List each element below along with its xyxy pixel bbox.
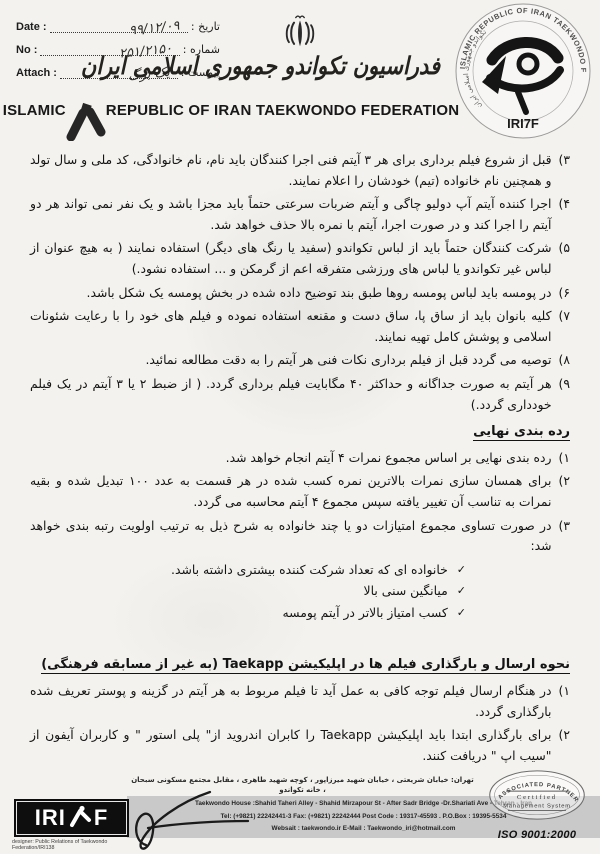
- item-text: توصیه می گردد قبل از فیلم برداری نکات فن…: [30, 350, 552, 371]
- item-number: ۹): [559, 374, 571, 415]
- list-item-3: ۳) قبل از شروع فیلم برداری برای هر ۳ آیت…: [30, 150, 570, 191]
- badge-certified-text: Certified: [517, 794, 557, 801]
- section-heading-text: رده بندی نهایی: [473, 424, 570, 441]
- scanned-letter-page: Date : ۹۹/۱۲/۰۹ تاریخ : No : ۲۵۱/۲۱۵۰ شم…: [0, 0, 600, 854]
- item-text: هر آیتم به صورت جداگانه و حداکثر ۴۰ مگاب…: [30, 374, 552, 415]
- ranking-item-2: ۲) برای همسان سازی نمرات بالاترین نمره ک…: [30, 471, 570, 512]
- checkmark-icon: ✓: [457, 560, 466, 581]
- checkmark-icon: ✓: [457, 603, 466, 624]
- item-text: کلیه بانوان باید از ساق پا، ساق دست و مق…: [30, 306, 552, 347]
- handwritten-signature: [118, 790, 250, 854]
- section-heading-final-ranking: رده بندی نهایی: [30, 422, 570, 443]
- list-item-8: ۸) توصیه می گردد قبل از فیلم برداری نکات…: [30, 350, 570, 371]
- item-text: برای همسان سازی نمرات بالاترین نمره کسب …: [30, 471, 552, 512]
- iri7f-footer-logo: IRI F: [14, 799, 129, 837]
- item-number: ۳): [559, 516, 571, 557]
- list-item-6: ۶) در پومسه باید لباس پومسه روها طبق بند…: [30, 283, 570, 304]
- item-text: در پومسه باید لباس پومسه روها طبق بند تو…: [30, 283, 552, 304]
- item-number: ۷): [559, 306, 571, 347]
- item-text: قبل از شروع فیلم برداری برای هر ۳ آیتم ف…: [30, 150, 552, 191]
- section-heading-text: نحوه ارسال و بارگذاری فیلم ها در اپلیکیش…: [41, 657, 570, 674]
- logo-letters-iri: IRI: [35, 805, 66, 831]
- spacer: [30, 624, 570, 648]
- federation-name-calligraphy-fa: فدراسیون تکواندو جمهوری اسلامی ایران: [160, 52, 440, 80]
- item-number: ۸): [559, 350, 571, 371]
- tiebreak-check-1: ✓ خانواده ای که تعداد شرکت کننده بیشتری …: [30, 560, 570, 581]
- list-item-9: ۹) هر آیتم به صورت جداگانه و حداکثر ۴۰ م…: [30, 374, 570, 415]
- iso-certification-text: ISO 9001:2000: [484, 829, 590, 841]
- item-number: ۶): [559, 283, 571, 304]
- item-number: ۱): [559, 448, 571, 469]
- checkmark-icon: ✓: [457, 581, 466, 602]
- item-text: برای بارگذاری ابتدا باید اپلیکیشن Taekap…: [30, 725, 552, 766]
- item-text: شرکت کنندگان حتماً باید از لباس تکواندو …: [30, 238, 552, 279]
- check-text: خانواده ای که تعداد شرکت کننده بیشتری دا…: [171, 560, 448, 581]
- item-number: ۵): [559, 238, 571, 279]
- list-item-5: ۵) شرکت کنندگان حتماً باید از لباس تکوان…: [30, 238, 570, 279]
- list-item-7: ۷) کلیه بانوان باید از ساق پا، ساق دست و…: [30, 306, 570, 347]
- upload-item-1: ۱) در هنگام ارسال فیلم توجه کافی به عمل …: [30, 681, 570, 722]
- upload-item-2: ۲) برای بارگذاری ابتدا باید اپلیکیشن Tae…: [30, 725, 570, 766]
- taekwondo-kick-figure-icon: [63, 99, 109, 141]
- item-text: در هنگام ارسال فیلم توجه کافی به عمل آید…: [30, 681, 552, 722]
- associated-partners-badge-icon: ASSOCIATED PARTNERS Certified Management…: [485, 768, 589, 822]
- item-text: رده بندی نهایی بر اساس مجموع نمرات ۴ آیت…: [30, 448, 552, 469]
- federation-seal: ISLAMIC REPUBLIC OF IRAN TAEKWONDO FEDER…: [452, 0, 594, 146]
- item-text: اجرا کننده آیتم آپ دولیو چاگی و آیتم ضرب…: [30, 194, 552, 235]
- list-item-4: ۴) اجرا کننده آیتم آپ دولیو چاگی و آیتم …: [30, 194, 570, 235]
- number-label-en: No :: [16, 44, 37, 56]
- federation-title-en: ISLAMIC REPUBLIC OF IRAN TAEKWONDO FEDER…: [0, 99, 462, 121]
- item-number: ۱): [559, 681, 571, 722]
- ranking-item-3: ۳) در صورت تساوی مجموع امتیازات دو یا چن…: [30, 516, 570, 557]
- check-text: میانگین سنی بالا: [364, 581, 448, 602]
- certification-badge: ASSOCIATED PARTNERS Certified Management…: [484, 768, 590, 841]
- title-part-1: ISLAMIC: [3, 102, 66, 119]
- item-text: در صورت تساوی مجموع امتیازات دو یا چند خ…: [30, 516, 552, 557]
- badge-system-text: Management System: [503, 804, 571, 810]
- item-number: ۳): [559, 150, 571, 191]
- attachment-label-en: Attach :: [16, 67, 57, 79]
- letter-body: ۳) قبل از شروع فیلم برداری برای هر ۳ آیت…: [30, 150, 570, 769]
- tiebreak-check-3: ✓ کسب امتیاز بالاتر در آیتم پومسه: [30, 603, 570, 624]
- item-number: ۴): [559, 194, 571, 235]
- letterhead-center: فدراسیون تکواندو جمهوری اسلامی ایران: [160, 12, 440, 78]
- logo-kick-figure-icon: [68, 805, 92, 831]
- seal-acronym: IRI7F: [507, 116, 539, 131]
- date-label-en: Date :: [16, 21, 47, 33]
- title-part-2: REPUBLIC OF IRAN TAEKWONDO FEDERATION: [106, 102, 460, 119]
- tiebreak-check-2: ✓ میانگین سنی بالا: [30, 581, 570, 602]
- check-text: کسب امتیاز بالاتر در آیتم پومسه: [283, 603, 448, 624]
- ranking-item-1: ۱) رده بندی نهایی بر اساس مجموع نمرات ۴ …: [30, 448, 570, 469]
- iran-emblem-icon: [283, 12, 317, 52]
- item-number: ۲): [559, 725, 571, 766]
- item-number: ۲): [559, 471, 571, 512]
- section-heading-upload: نحوه ارسال و بارگذاری فیلم ها در اپلیکیش…: [30, 655, 570, 676]
- federation-seal-icon: ISLAMIC REPUBLIC OF IRAN TAEKWONDO FEDER…: [452, 0, 594, 142]
- logo-letter-f: F: [94, 805, 108, 831]
